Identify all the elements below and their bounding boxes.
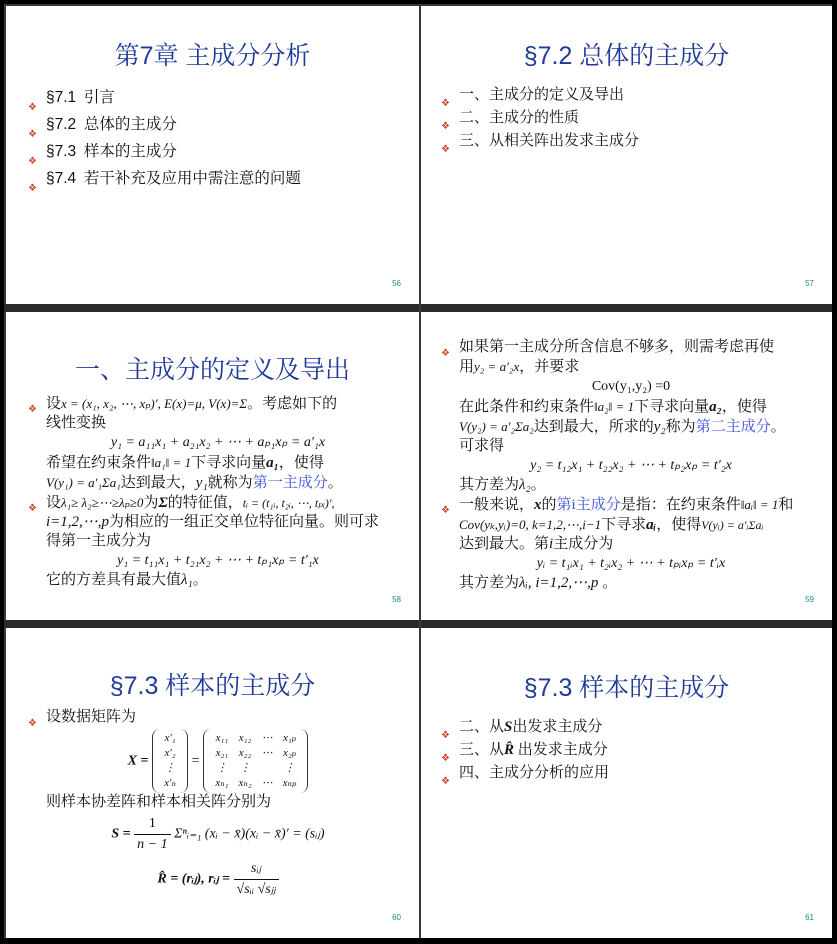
- slide-58[interactable]: 一、主成分的定义及导出 设x = (x₁, x₂, ⋯, xₚ)′, E(x)=…: [6, 312, 419, 620]
- section-list: 一、主成分的定义及导出 二、主成分的性质 三、从相关阵出发求主成分: [441, 84, 639, 153]
- text-line: 则样本协差阵和样本相关阵分别为: [28, 793, 408, 812]
- toc-item-7-1[interactable]: §7.1 引言: [28, 84, 301, 111]
- list-item[interactable]: 二、主成分的性质: [441, 107, 639, 130]
- text-line: 它的方差具有最大值λ₁。: [28, 571, 408, 590]
- bullet-paragraph-1: 设数据矩阵为: [28, 708, 408, 727]
- list-item[interactable]: 一、主成分的定义及导出: [441, 84, 639, 107]
- text-line: 其方差为λ₂。: [441, 476, 821, 495]
- bullet-paragraph-1: 如果第一主成分所含信息不够多，则需考虑再使 用y₂ = a′₂x，并要求: [441, 338, 821, 377]
- diamond-bullet-icon: [28, 713, 38, 723]
- page-number: 57: [805, 279, 814, 288]
- diamond-bullet-icon: [441, 114, 451, 124]
- slide-title: 第7章 主成分分析: [6, 36, 419, 72]
- row-separator-1: [4, 304, 832, 312]
- element-matrix: x₁₁x₁₂⋯x₁ₚ x₂₁x₂₂⋯x₂ₚ ⋮⋮⋮ xₙ₁xₙ₂⋯xₙₚ: [203, 729, 308, 793]
- diamond-bullet-icon: [441, 91, 451, 101]
- column-vector: x′₁ x′₂ ⋮ x′ₙ: [152, 729, 188, 793]
- equation-yi: yᵢ = t₁ᵢx₁ + t₂ᵢx₂ + ⋯ + tₚᵢxₚ = t′ᵢx: [441, 554, 821, 574]
- text-line: 希望在约束条件‖a₁‖ = 1下寻求向量a₁，使得 V(y₁) = a′₁Σa₁…: [28, 453, 408, 493]
- slide-57[interactable]: §7.2 总体的主成分 一、主成分的定义及导出 二、主成分的性质 三、从相关阵出…: [421, 6, 832, 304]
- list-item[interactable]: 二、从S出发求主成分: [441, 716, 609, 739]
- bullet-paragraph-2: 设λ₁≥ λ₂≥⋯≥λₚ≥0为Σ的特征值，tᵢ = (t₁ᵢ, t₂ᵢ, ⋯, …: [28, 493, 408, 551]
- slide-body: 如果第一主成分所含信息不够多，则需考虑再使 用y₂ = a′₂x，并要求 Cov…: [441, 338, 821, 593]
- page-number: 60: [392, 913, 401, 922]
- slide-56[interactable]: 第7章 主成分分析 §7.1 引言 §7.2 总体的主成分 §7.3 样本的主成…: [6, 6, 419, 304]
- diamond-bullet-icon: [441, 343, 451, 353]
- page-number: 56: [392, 279, 401, 288]
- row-separator-2: [4, 620, 832, 628]
- page-number: 58: [392, 595, 401, 604]
- equation-sample-covariance: S = 1n − 1 Σⁿᵢ₌₁ (xᵢ − x̄)(xᵢ − x̄)′ = (…: [28, 814, 408, 855]
- diamond-bullet-icon: [28, 92, 38, 102]
- bullet-paragraph-1: 设x = (x₁, x₂, ⋯, xₚ)′, E(x)=μ, V(x)=Σ。考虑…: [28, 394, 408, 433]
- text-line: 其方差为λᵢ, i=1,2,⋯,p 。: [441, 574, 821, 593]
- diamond-bullet-icon: [441, 137, 451, 147]
- slide-title: §7.2 总体的主成分: [421, 36, 832, 72]
- page-number: 59: [805, 595, 814, 604]
- equation-sample-correlation: R̂ = (rᵢⱼ), rᵢⱼ = sᵢⱼ√sᵢᵢ √sⱼⱼ: [28, 859, 408, 900]
- diamond-bullet-icon: [441, 746, 451, 756]
- highlight-term: 第i主成分: [557, 497, 621, 513]
- highlight-term: 第二主成分: [696, 419, 771, 435]
- slide-61[interactable]: §7.3 样本的主成分 二、从S出发求主成分 三、从R̂ 出发求主成分 四、主成…: [421, 628, 832, 938]
- page-number: 61: [805, 913, 814, 922]
- diamond-bullet-icon: [28, 146, 38, 156]
- toc-item-7-3[interactable]: §7.3 样本的主成分: [28, 138, 301, 165]
- slide-body: 设数据矩阵为 X = x′₁ x′₂ ⋮ x′ₙ = x₁₁x₁₂⋯x₁ₚ x₂…: [28, 708, 408, 900]
- list-item[interactable]: 三、从相关阵出发求主成分: [441, 130, 639, 153]
- equation-y1: y₁ = a₁₁x₁ + a₂₁x₂ + ⋯ + aₚ₁xₚ = a′₁x: [28, 433, 408, 453]
- diamond-bullet-icon: [441, 500, 451, 510]
- list-item[interactable]: 三、从R̂ 出发求主成分: [441, 739, 609, 762]
- equation-cov: Cov(y₁,y₂) =0: [441, 377, 821, 397]
- equation-y1-eigen: y₁ = t₁₁x₁ + t₂₁x₂ + ⋯ + tₚ₁xₚ = t′₁x: [28, 551, 408, 571]
- diamond-bullet-icon: [28, 173, 38, 183]
- diamond-bullet-icon: [28, 399, 38, 409]
- toc-item-7-2[interactable]: §7.2 总体的主成分: [28, 111, 301, 138]
- toc-item-7-4[interactable]: §7.4 若干补充及应用中需注意的问题: [28, 165, 301, 192]
- list-item[interactable]: 四、主成分分析的应用: [441, 762, 609, 785]
- slide-59[interactable]: 如果第一主成分所含信息不够多，则需考虑再使 用y₂ = a′₂x，并要求 Cov…: [421, 312, 832, 620]
- data-matrix: X = x′₁ x′₂ ⋮ x′ₙ = x₁₁x₁₂⋯x₁ₚ x₂₁x₂₂⋯x₂…: [28, 729, 408, 793]
- slide-body: 设x = (x₁, x₂, ⋯, xₚ)′, E(x)=μ, V(x)=Σ。考虑…: [28, 394, 408, 590]
- section-list: 二、从S出发求主成分 三、从R̂ 出发求主成分 四、主成分分析的应用: [441, 716, 609, 785]
- bullet-paragraph-2: 一般来说，x的第i主成分是指：在约束条件‖aᵢ‖ = 1和 Cov(yₖ,yᵢ)…: [441, 495, 821, 554]
- highlight-term: 第一主成分: [253, 475, 328, 491]
- slide-title: 一、主成分的定义及导出: [6, 350, 419, 386]
- slide-title: §7.3 样本的主成分: [421, 668, 832, 704]
- equation-y2: y₂ = t₁₂x₁ + t₂₂x₂ + ⋯ + tₚ₂xₚ = t′₂x: [441, 456, 821, 476]
- diamond-bullet-icon: [441, 723, 451, 733]
- diamond-bullet-icon: [28, 119, 38, 129]
- slide-60[interactable]: §7.3 样本的主成分 设数据矩阵为 X = x′₁ x′₂ ⋮ x′ₙ = x…: [6, 628, 419, 938]
- diamond-bullet-icon: [441, 769, 451, 779]
- diamond-bullet-icon: [28, 498, 38, 508]
- slide-title: §7.3 样本的主成分: [6, 666, 419, 702]
- text-line: 在此条件和约束条件‖a₂‖ = 1下寻求向量a₂，使得 V(y₂) = a′₂Σ…: [441, 397, 821, 456]
- toc-list: §7.1 引言 §7.2 总体的主成分 §7.3 样本的主成分 §7.4 若干补…: [28, 84, 301, 192]
